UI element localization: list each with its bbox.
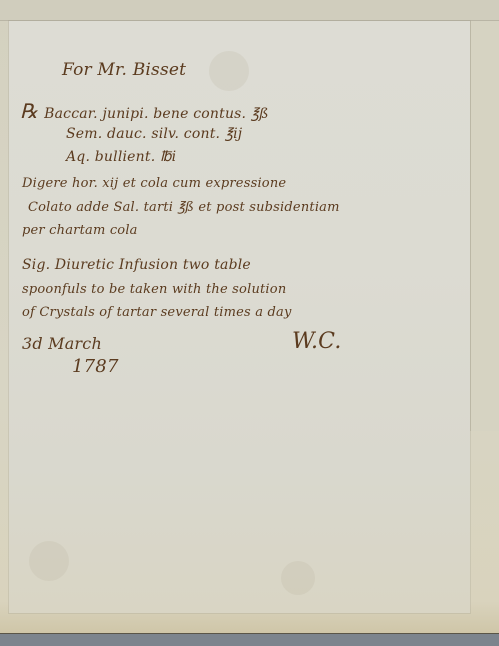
directions-line-3: per chartam cola xyxy=(22,224,138,237)
signa-line-3: of Crystals of tartar several times a da… xyxy=(22,306,292,319)
paper-stain xyxy=(209,51,249,91)
ingredient-juniper: Baccar. junipi. bene contus. ℥ß xyxy=(44,106,269,122)
date-year: 1787 xyxy=(72,358,119,376)
signa-line-1: Sig. Diuretic Infusion two table xyxy=(22,258,251,272)
patient-heading: For Mr. Bisset xyxy=(62,62,186,79)
ingredient-carrot-seed: Sem. dauc. silv. cont. ℥ij xyxy=(66,127,242,141)
ingredient-boiling-water: Aq. bullient. ℔i xyxy=(66,150,176,164)
bottom-background-strip xyxy=(0,633,499,646)
prescription-line-1: ℞Baccar. junipi. bene contus. ℥ß xyxy=(20,101,269,121)
underlying-page-edge xyxy=(470,21,499,431)
mount-top-edge xyxy=(0,0,499,21)
directions-line-1: Digere hor. xij et cola cum expressione xyxy=(22,177,286,190)
directions-line-2: Colato adde Sal. tarti ℥ß et post subsid… xyxy=(28,201,340,214)
signa-line-2: spoonfuls to be taken with the solution xyxy=(22,283,286,296)
recipe-symbol: ℞ xyxy=(20,99,38,123)
date-day-month: 3d March xyxy=(22,336,102,352)
paper-stain xyxy=(29,541,69,581)
physician-signature: W.C. xyxy=(292,331,342,353)
paper-stain xyxy=(281,561,315,595)
